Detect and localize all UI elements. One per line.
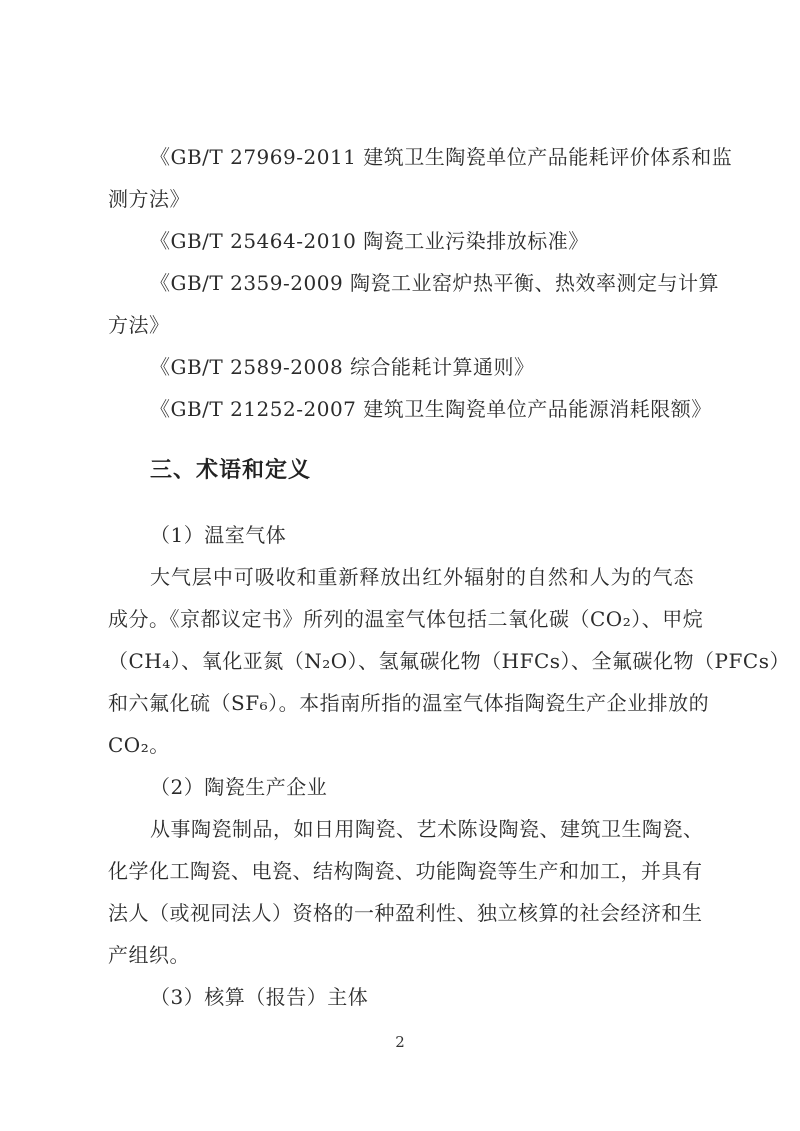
text-line: 法人（或视同法人）资格的一种盈利性、独立核算的社会经济和生 <box>108 892 694 934</box>
text-line: （3）核算（报告）主体 <box>108 976 694 1018</box>
text-line: 从事陶瓷制品，如日用陶瓷、艺术陈设陶瓷、建筑卫生陶瓷、 <box>108 808 694 850</box>
text-line: （2）陶瓷生产企业 <box>108 766 694 808</box>
page-number: 2 <box>0 1032 800 1052</box>
text-line: 《GB/T 25464-2010 陶瓷工业污染排放标准》 <box>108 220 694 262</box>
text-line: 测方法》 <box>108 178 694 220</box>
text-line: 《GB/T 2359-2009 陶瓷工业窑炉热平衡、热效率测定与计算 <box>108 262 694 304</box>
text-line: 《GB/T 2589-2008 综合能耗计算通则》 <box>108 346 694 388</box>
section-heading: 三、术语和定义 <box>108 450 694 492</box>
text-line: CO₂。 <box>108 724 694 766</box>
document-body: 《GB/T 27969-2011 建筑卫生陶瓷单位产品能耗评价体系和监测方法》《… <box>108 136 694 1018</box>
text-line: （CH₄）、氧化亚氮（N₂O）、氢氟碳化物（HFCs）、全氟碳化物（PFCs） <box>108 640 694 682</box>
text-line: 《GB/T 27969-2011 建筑卫生陶瓷单位产品能耗评价体系和监 <box>108 136 694 178</box>
text-line: 产组织。 <box>108 934 694 976</box>
text-line: 和六氟化硫（SF₆）。本指南所指的温室气体指陶瓷生产企业排放的 <box>108 682 694 724</box>
document-page: 《GB/T 27969-2011 建筑卫生陶瓷单位产品能耗评价体系和监测方法》《… <box>0 0 800 1131</box>
text-line: 《GB/T 21252-2007 建筑卫生陶瓷单位产品能源消耗限额》 <box>108 388 694 430</box>
text-line: 成分。《京都议定书》所列的温室气体包括二氧化碳（CO₂）、甲烷 <box>108 598 694 640</box>
text-line: 方法》 <box>108 304 694 346</box>
text-line: （1）温室气体 <box>108 514 694 556</box>
text-line: 大气层中可吸收和重新释放出红外辐射的自然和人为的气态 <box>108 556 694 598</box>
text-line: 化学化工陶瓷、电瓷、结构陶瓷、功能陶瓷等生产和加工，并具有 <box>108 850 694 892</box>
